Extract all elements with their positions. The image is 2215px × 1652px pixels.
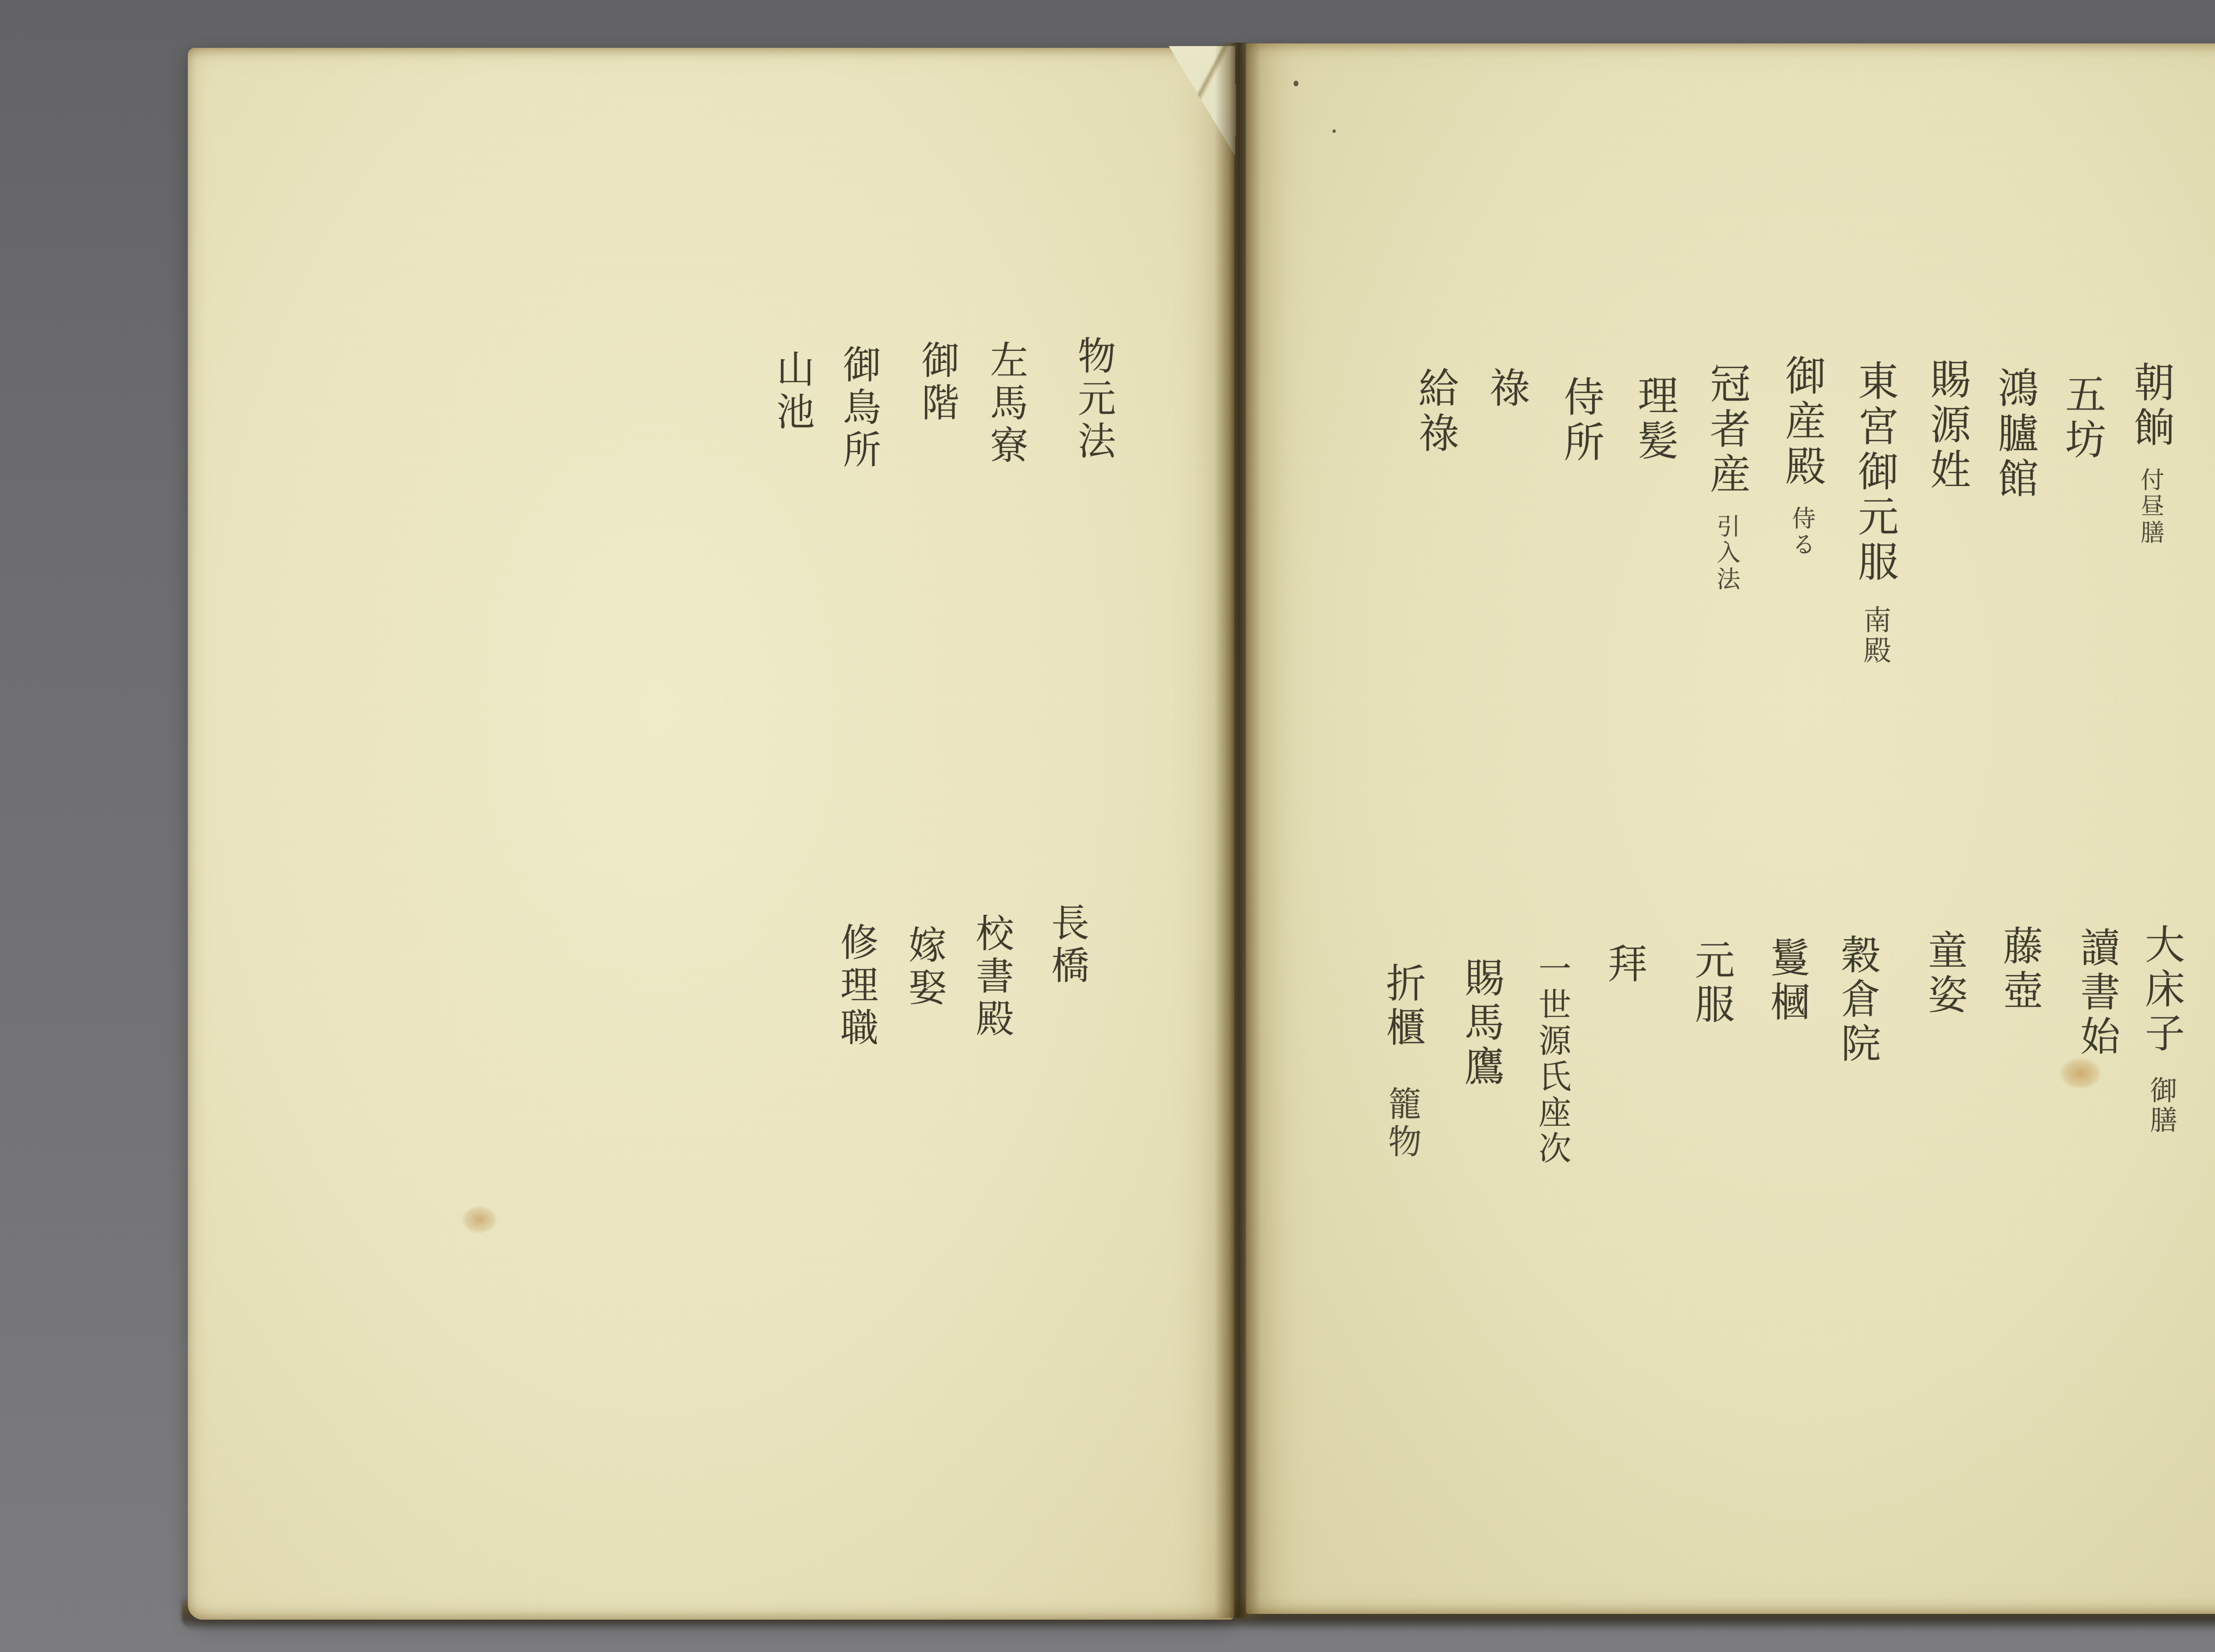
toc-column: 鴻臚館: [1994, 367, 2035, 502]
toc-column: 御産殿侍る: [1782, 354, 1823, 559]
toc-column: 鬘槶: [1766, 937, 1806, 1026]
paper-speck: [1333, 129, 1336, 133]
toc-column: 讀書始: [2076, 927, 2116, 1060]
toc-column: 折櫃籠物: [1382, 962, 1422, 1162]
toc-column: 拜: [1604, 943, 1644, 987]
paper-stain: [462, 1206, 497, 1233]
toc-column: 山池: [773, 349, 811, 434]
toc-column: 元服: [1691, 939, 1731, 1028]
book-gutter: [1215, 43, 1261, 1618]
toc-column: 一世源氏座次: [1536, 952, 1569, 1167]
paper-stain: [2060, 1058, 2101, 1089]
book-photo: 朝餉付昼膳 五坊 鴻臚館 賜源姓 東宮御元服南殿 御産殿侍る 冠者産引入法 理髪…: [0, 0, 2215, 1652]
toc-column: 校書殿: [972, 913, 1010, 1041]
toc-column: 左馬寮: [987, 340, 1025, 468]
toc-column: 穀倉院: [1837, 934, 1877, 1067]
toc-column: 御鳥所: [839, 345, 878, 472]
toc-column: 祿: [1486, 367, 1527, 412]
toc-column: 給祿: [1415, 367, 1456, 457]
toc-column: 長橋: [1048, 903, 1086, 988]
toc-column: 嫁娶: [905, 925, 943, 1010]
toc-column: 朝餉付昼膳: [2130, 361, 2171, 546]
toc-column: 賜源姓: [1927, 358, 1967, 494]
toc-column: 御階: [918, 340, 956, 425]
right-page: [1246, 43, 2215, 1614]
toc-column: 修理職: [837, 922, 875, 1050]
toc-column: 物元法: [1074, 336, 1112, 463]
toc-column: 理髪: [1634, 374, 1675, 465]
toc-column: 五坊: [2062, 373, 2102, 463]
toc-column: 侍所: [1560, 376, 1601, 466]
paper-speck: [1294, 81, 1298, 86]
toc-column: 藤壺: [1999, 925, 2039, 1014]
left-page: [188, 48, 1234, 1620]
toc-column: 大床子御膳: [2141, 924, 2181, 1135]
toc-column: 冠者産引入法: [1706, 362, 1747, 593]
toc-column: 賜馬鷹: [1461, 957, 1500, 1090]
toc-column: 東宮御元服南殿: [1854, 360, 1895, 666]
toc-column: 童姿: [1924, 929, 1964, 1018]
